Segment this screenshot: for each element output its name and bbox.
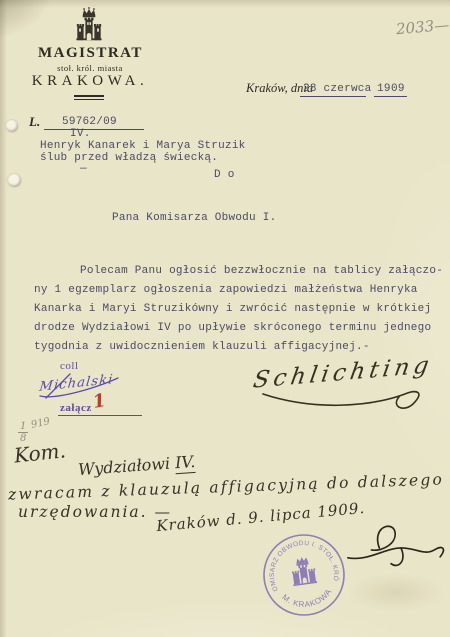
- letterhead-org-subtitle: stoł. król. miasta: [38, 63, 142, 73]
- stamp-coat-of-arms-icon: [290, 556, 318, 587]
- pencil-fraction-numerator: 1: [18, 421, 28, 433]
- to-label: D o: [214, 169, 235, 181]
- note-department-line: Wydziałowi IV.: [77, 452, 195, 479]
- body-line: ny 1 egzemplarz ogłoszenia zapowiedzi ma…: [34, 284, 444, 303]
- reference-department: IV.: [70, 128, 91, 140]
- addressee-line: Pana Komisarza Obwodu I.: [112, 212, 276, 224]
- dateline-year-typed: 09: [391, 83, 405, 95]
- note-department-number: IV.: [174, 452, 196, 474]
- note-body-line-1: zwracam z klauzulą affigacyjną do dalsze…: [8, 470, 444, 503]
- subject-names: Henryk Kanarek i Marya Struzik: [40, 140, 246, 152]
- body-line: Polecam Panu ogłosić bezzwłocznie na tab…: [34, 265, 444, 284]
- letterhead-rule: [74, 95, 104, 100]
- zalacz-underline: [58, 414, 142, 416]
- letterhead-city: KRAKOWA.: [28, 73, 152, 90]
- note-abbrev: Kom.: [13, 438, 67, 467]
- subject-matter: ślub przed władzą świecką.: [40, 152, 218, 164]
- reference-number: 59762/09: [62, 116, 117, 128]
- reference-underline: [44, 128, 144, 130]
- dateline-underline-1: [300, 95, 366, 97]
- punch-hole-top: [6, 120, 18, 132]
- dateline-year-printed: 19: [377, 83, 391, 95]
- coll-stamp-text: coll: [60, 360, 79, 372]
- body-line: drodze Wydziałowi IV po upływie skrócone…: [34, 322, 444, 341]
- dateline-underline-2: [374, 95, 407, 97]
- punch-hole-bottom: [8, 174, 21, 187]
- reference-prefix: L.: [29, 114, 40, 130]
- zalacz-stamp-text: załącz: [60, 402, 92, 414]
- separator-dash: —: [80, 163, 87, 175]
- body-line: Kanarka i Maryi Struzikówny i zwrócić na…: [34, 303, 444, 322]
- letter-body: Polecam Panu ogłosić bezzwłocznie na tab…: [34, 265, 444, 360]
- note-department-word: Wydziałowi: [77, 454, 170, 479]
- pencil-fraction: 1 8: [18, 421, 28, 444]
- official-signature-flourish-icon: [255, 388, 435, 416]
- note-body-line-2: urzędowania. —: [18, 503, 172, 521]
- letterhead-org-name: MAGISTRAT: [38, 45, 142, 62]
- commissioner-signature-flourish-icon: [342, 518, 450, 573]
- scanned-letter-page: 2033— MAGISTRAT stoł. król. miasta KRAKO…: [0, 0, 450, 637]
- komisarz-round-stamp: KOMISARZ OBWODU I. STOŁ. KRÓL. M. KRAKOW…: [252, 523, 356, 627]
- clerk-signature-flourish-icon: [36, 372, 122, 402]
- dateline-day-month: 28 czerwca: [303, 83, 372, 95]
- pencil-folio-number: 2033—: [395, 16, 450, 39]
- pencil-fraction-side: 919: [30, 416, 51, 431]
- krakow-coat-of-arms-icon: [70, 6, 108, 42]
